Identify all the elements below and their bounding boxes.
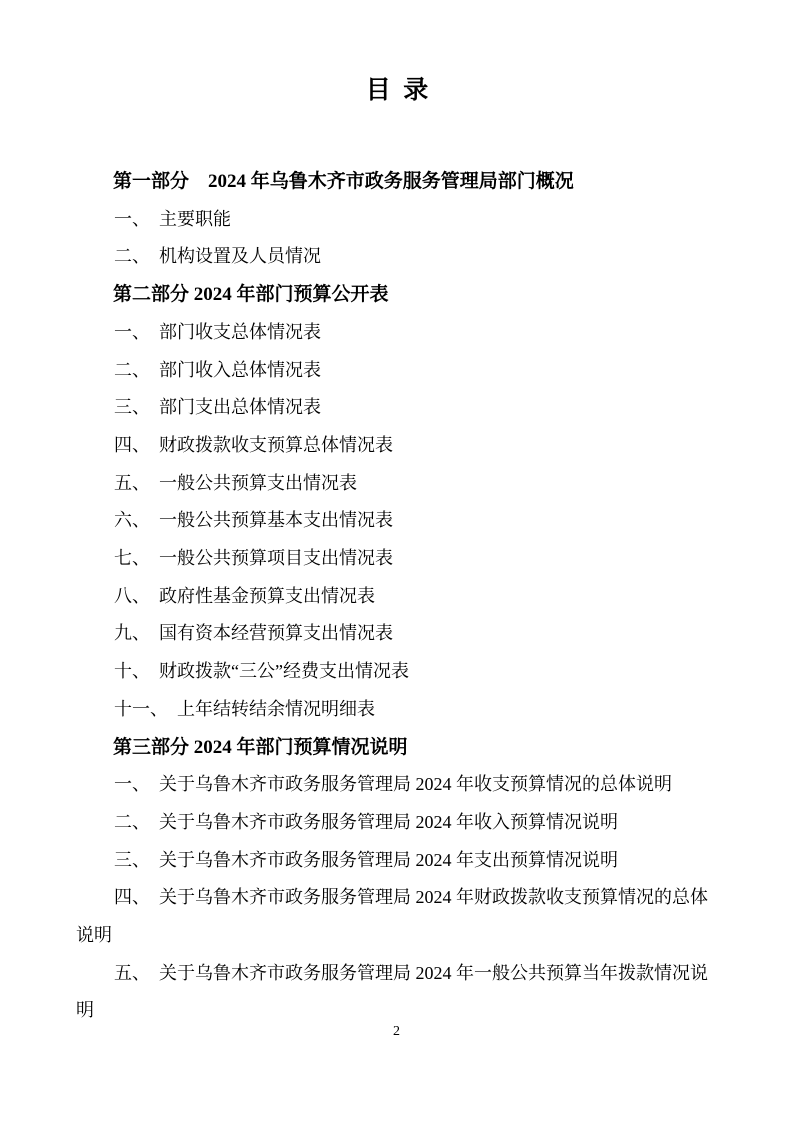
toc-item-number: 六、	[114, 510, 150, 530]
toc-item-text: 关于乌鲁木齐市政务服务管理局 2024 年财政拨款收支预算情况的总体说明	[76, 887, 708, 945]
toc-item-text: 关于乌鲁木齐市政务服务管理局 2024 年收入预算情况说明	[159, 812, 618, 832]
toc-item-text: 关于乌鲁木齐市政务服务管理局 2024 年收支预算情况的总体说明	[159, 774, 672, 794]
toc-item-number: 二、	[114, 246, 150, 266]
toc-item-number: 三、	[114, 850, 150, 870]
toc-item: 七、一般公共预算项目支出情况表	[76, 540, 718, 578]
toc-item: 二、关于乌鲁木齐市政务服务管理局 2024 年收入预算情况说明	[76, 804, 718, 842]
toc-item: 六、一般公共预算基本支出情况表	[76, 502, 718, 540]
toc-item-number: 五、	[114, 963, 150, 983]
toc-item-number: 一、	[114, 774, 150, 794]
toc-item: 五、关于乌鲁木齐市政务服务管理局 2024 年一般公共预算当年拨款情况说明	[76, 955, 718, 1030]
document-page: 目 录 第一部分 2024 年乌鲁木齐市政务服务管理局部门概况一、主要职能二、机…	[0, 0, 793, 1122]
toc-item: 二、部门收入总体情况表	[76, 352, 718, 390]
toc-item: 一、主要职能	[76, 201, 718, 239]
toc-content: 目 录 第一部分 2024 年乌鲁木齐市政务服务管理局部门概况一、主要职能二、机…	[76, 72, 718, 1030]
toc-item-number: 一、	[114, 322, 150, 342]
toc-item: 二、机构设置及人员情况	[76, 238, 718, 276]
toc-item-number: 三、	[114, 397, 150, 417]
toc-item-text: 上年结转结余情况明细表	[177, 699, 375, 719]
toc-item-number: 二、	[114, 360, 150, 380]
toc-item-number: 八、	[114, 586, 150, 606]
toc-sections: 第一部分 2024 年乌鲁木齐市政务服务管理局部门概况一、主要职能二、机构设置及…	[76, 163, 718, 1030]
toc-item-text: 一般公共预算项目支出情况表	[159, 548, 393, 568]
toc-item-text: 财政拨款“三公”经费支出情况表	[159, 661, 409, 681]
toc-item: 五、一般公共预算支出情况表	[76, 465, 718, 503]
section-heading: 第三部分 2024 年部门预算情况说明	[76, 729, 718, 767]
toc-item-text: 部门支出总体情况表	[159, 397, 321, 417]
toc-item-text: 关于乌鲁木齐市政务服务管理局 2024 年一般公共预算当年拨款情况说明	[76, 963, 708, 1021]
toc-item: 十、财政拨款“三公”经费支出情况表	[76, 653, 718, 691]
toc-item-number: 五、	[114, 473, 150, 493]
toc-item: 一、部门收支总体情况表	[76, 314, 718, 352]
toc-item-text: 部门收入总体情况表	[159, 360, 321, 380]
section-heading: 第二部分 2024 年部门预算公开表	[76, 276, 718, 314]
toc-item: 三、部门支出总体情况表	[76, 389, 718, 427]
toc-item-text: 主要职能	[159, 209, 231, 229]
toc-item-text: 一般公共预算支出情况表	[159, 473, 357, 493]
toc-item-number: 二、	[114, 812, 150, 832]
toc-item-text: 财政拨款收支预算总体情况表	[159, 435, 393, 455]
toc-item-number: 七、	[114, 548, 150, 568]
toc-item-number: 四、	[114, 435, 150, 455]
toc-item: 四、财政拨款收支预算总体情况表	[76, 427, 718, 465]
toc-item-text: 政府性基金预算支出情况表	[159, 586, 375, 606]
toc-item: 一、关于乌鲁木齐市政务服务管理局 2024 年收支预算情况的总体说明	[76, 766, 718, 804]
toc-item-number: 十一、	[114, 699, 168, 719]
toc-item-number: 十、	[114, 661, 150, 681]
section-heading: 第一部分 2024 年乌鲁木齐市政务服务管理局部门概况	[76, 163, 718, 201]
page-title: 目 录	[76, 72, 718, 110]
toc-item-number: 四、	[114, 887, 150, 907]
toc-item-number: 一、	[114, 209, 150, 229]
toc-item-number: 九、	[114, 623, 150, 643]
toc-item: 八、政府性基金预算支出情况表	[76, 578, 718, 616]
toc-item: 九、国有资本经营预算支出情况表	[76, 615, 718, 653]
toc-item-text: 国有资本经营预算支出情况表	[159, 623, 393, 643]
page-number: 2	[0, 1022, 793, 1042]
toc-item: 十一、上年结转结余情况明细表	[76, 691, 718, 729]
toc-item: 三、关于乌鲁木齐市政务服务管理局 2024 年支出预算情况说明	[76, 842, 718, 880]
toc-item-text: 一般公共预算基本支出情况表	[159, 510, 393, 530]
toc-item-text: 机构设置及人员情况	[159, 246, 321, 266]
toc-item: 四、关于乌鲁木齐市政务服务管理局 2024 年财政拨款收支预算情况的总体说明	[76, 879, 718, 954]
toc-item-text: 部门收支总体情况表	[159, 322, 321, 342]
toc-item-text: 关于乌鲁木齐市政务服务管理局 2024 年支出预算情况说明	[159, 850, 618, 870]
